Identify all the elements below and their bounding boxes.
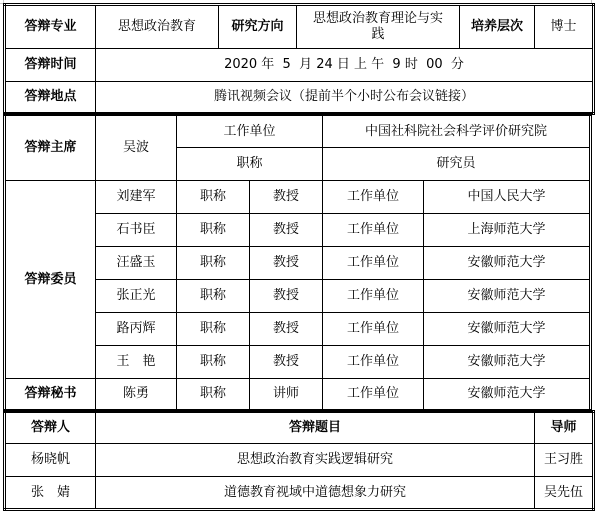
candidate-header: 答辩人 — [5, 412, 96, 444]
place-value: 腾讯视频会议（提前半个小时公布会议链接） — [96, 82, 594, 114]
committee-table: 答辩主席 吴波 工作单位 中国社科院社会科学评价研究院 职称 研究员 答辩委员 … — [3, 113, 592, 412]
member-unit: 上海师范大学 — [424, 214, 591, 247]
defense-header-row: 答辩人 答辩题目 导师 — [5, 412, 594, 444]
secretary-unit: 安徽师范大学 — [424, 379, 591, 411]
secretary-row: 答辩秘书 陈勇 职称 讲师 工作单位 安徽师范大学 — [5, 379, 591, 411]
candidate-name: 张 婧 — [5, 477, 96, 510]
place-label: 答辩地点 — [5, 82, 96, 114]
member-title-label: 职称 — [177, 247, 250, 280]
member-title: 教授 — [250, 214, 323, 247]
member-unit: 安徽师范大学 — [424, 313, 591, 346]
chair-title-value: 研究员 — [323, 148, 591, 181]
member-name: 石书臣 — [96, 214, 177, 247]
time-value: 2020 年 5 月 24 日 上 午 9 时 00 分 — [96, 49, 594, 82]
chair-label: 答辩主席 — [5, 115, 96, 181]
secretary-name: 陈勇 — [96, 379, 177, 411]
level-label: 培养层次 — [460, 5, 535, 49]
member-name: 张正光 — [96, 280, 177, 313]
member-name: 路丙辉 — [96, 313, 177, 346]
member-unit-label: 工作单位 — [323, 181, 424, 214]
candidate-name: 杨晓帆 — [5, 444, 96, 477]
member-title: 教授 — [250, 280, 323, 313]
secretary-title-label: 职称 — [177, 379, 250, 411]
secretary-unit-label: 工作单位 — [323, 379, 424, 411]
defense-topics-table: 答辩人 答辩题目 导师 杨晓帆 思想政治教育实践逻辑研究 王习胜 张 婧 道德教… — [3, 410, 595, 511]
member-title: 教授 — [250, 313, 323, 346]
member-title-label: 职称 — [177, 313, 250, 346]
member-title-label: 职称 — [177, 346, 250, 379]
defense-topic: 道德教育视域中道德想象力研究 — [96, 477, 535, 510]
member-name: 王 艳 — [96, 346, 177, 379]
member-title-label: 职称 — [177, 280, 250, 313]
member-unit: 安徽师范大学 — [424, 247, 591, 280]
time-label: 答辩时间 — [5, 49, 96, 82]
members-label: 答辩委员 — [5, 181, 96, 379]
defense-topic: 思想政治教育实践逻辑研究 — [96, 444, 535, 477]
direction-label: 研究方向 — [219, 5, 297, 49]
member-unit-label: 工作单位 — [323, 346, 424, 379]
level-value: 博士 — [535, 5, 594, 49]
chair-title-label: 职称 — [177, 148, 323, 181]
member-unit: 安徽师范大学 — [424, 280, 591, 313]
member-name: 汪盛玉 — [96, 247, 177, 280]
member-title: 教授 — [250, 247, 323, 280]
member-title: 教授 — [250, 181, 323, 214]
topic-header: 答辩题目 — [96, 412, 535, 444]
member-title-label: 职称 — [177, 181, 250, 214]
member-unit-label: 工作单位 — [323, 214, 424, 247]
secretary-title: 讲师 — [250, 379, 323, 411]
chair-unit-value: 中国社科院社会科学评价研究院 — [323, 115, 591, 148]
member-title-label: 职称 — [177, 214, 250, 247]
advisor-name: 吴先伍 — [535, 477, 594, 510]
member-unit-label: 工作单位 — [323, 313, 424, 346]
member-unit: 安徽师范大学 — [424, 346, 591, 379]
member-unit: 中国人民大学 — [424, 181, 591, 214]
member-name: 刘建军 — [96, 181, 177, 214]
major-label: 答辩专业 — [5, 5, 96, 49]
basic-info-table: 答辩专业 思想政治教育 研究方向 思想政治教育理论与实践 培养层次 博士 答辩时… — [3, 3, 595, 115]
advisor-header: 导师 — [535, 412, 594, 444]
member-unit-label: 工作单位 — [323, 247, 424, 280]
chair-unit-label: 工作单位 — [177, 115, 323, 148]
secretary-label: 答辩秘书 — [5, 379, 96, 411]
defense-row: 杨晓帆 思想政治教育实践逻辑研究 王习胜 — [5, 444, 594, 477]
member-title: 教授 — [250, 346, 323, 379]
advisor-name: 王习胜 — [535, 444, 594, 477]
direction-value: 思想政治教育理论与实践 — [297, 5, 460, 49]
defense-row: 张 婧 道德教育视域中道德想象力研究 吴先伍 — [5, 477, 594, 510]
member-row: 答辩委员 刘建军 职称 教授 工作单位 中国人民大学 — [5, 181, 591, 214]
major-value: 思想政治教育 — [96, 5, 219, 49]
member-unit-label: 工作单位 — [323, 280, 424, 313]
chair-name: 吴波 — [96, 115, 177, 181]
